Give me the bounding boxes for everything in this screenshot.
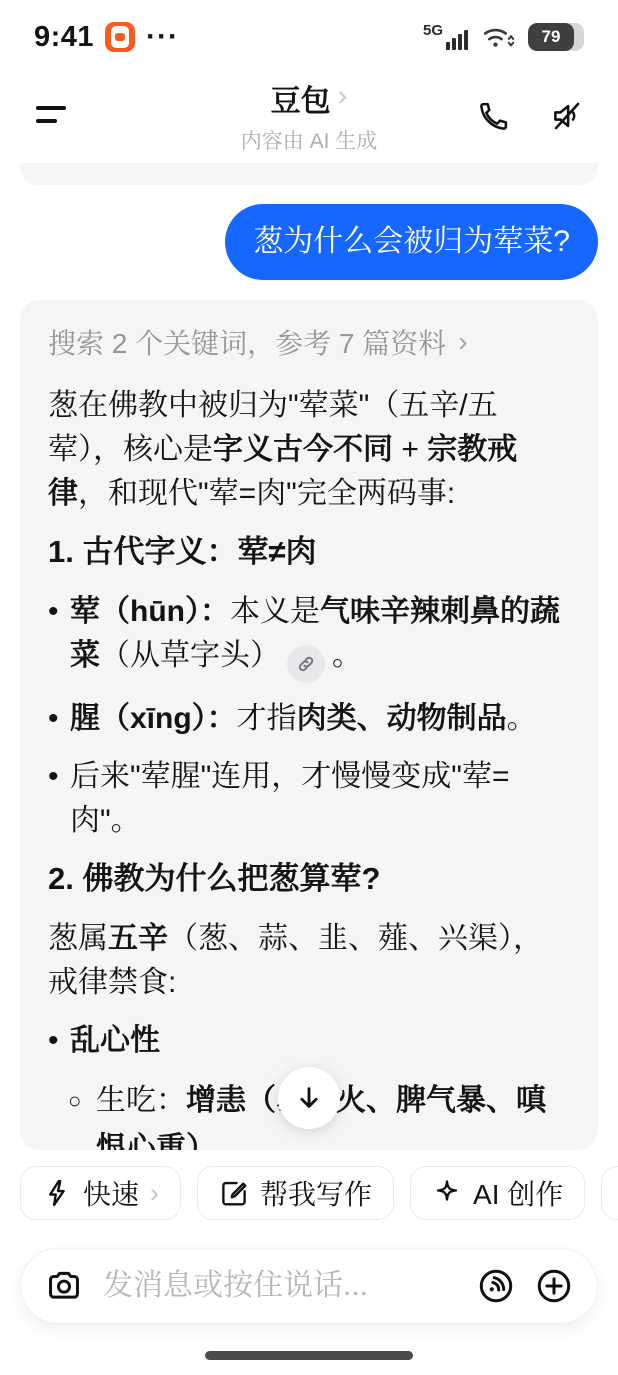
text-segment: 荤（hūn）： [70,595,230,628]
text-segment: 。 [332,639,362,672]
ai-message-blocks: 葱在佛教中被归为"荤菜"（五辛/五荤），核心是字义古今不同 + 宗教戒律，和现代… [48,384,570,1150]
chip-ai-create[interactable]: AI 创作 [410,1166,585,1220]
camera-button[interactable] [43,1265,85,1307]
text-content: 荤（hūn）：本义是气味辛辣刺鼻的蔬菜（从草字头）。 [70,590,570,683]
text-content: 乱心性 [70,1019,160,1063]
text-segment: 才指 [237,702,297,735]
list-item: •乱心性 [48,1019,570,1063]
text-segment: ，和现代"荤=肉"完全两码事: [78,477,455,510]
compose-icon [219,1178,249,1208]
ai-message-card: 搜索 2 个关键词，参考 7 篇资料 葱在佛教中被归为"荤菜"（五辛/五荤），核… [20,300,598,1150]
text-segment: 乱心性 [70,1024,160,1057]
status-left: 9:41 [34,20,179,54]
search-meta-text: 搜索 2 个关键词，参考 7 篇资料 [48,322,446,362]
text-segment: 2. 佛教为什么把葱算荤? [48,861,380,896]
previous-message-card [20,163,598,185]
text-segment: 字义古今不同 [213,433,393,466]
quick-actions-row: 快速 帮我写作 AI 创作 拍题答疑 [20,1166,618,1220]
camera-icon [45,1267,83,1305]
voice-call-button[interactable] [474,96,514,136]
bot-title-button[interactable]: 豆包 [271,76,348,120]
text-segment: 生吃： [96,1084,186,1117]
chevron-right-icon [338,80,348,113]
search-sources-row[interactable]: 搜索 2 个关键词，参考 7 篇资料 [48,322,570,362]
user-message-text: 葱为什么会被归为荤菜? [253,225,570,258]
text-content: 1. 古代字义：荤≠肉 [48,534,316,569]
add-button[interactable] [533,1265,575,1307]
menu-icon[interactable] [36,106,68,123]
battery-percent: 79 [542,27,561,47]
bullet-marker: • [48,590,70,683]
voice-wave-button[interactable] [475,1265,517,1307]
text-segment: 腥（xīng）： [70,702,237,735]
app-badge-dot [115,33,125,41]
mute-voice-icon[interactable] [546,96,586,136]
text-content: 后来"荤腥"连用，才慢慢变成"荤=肉"。 [70,755,570,843]
paragraph: 葱在佛教中被归为"荤菜"（五辛/五荤），核心是字义古今不同 + 宗教戒律，和现代… [48,384,570,516]
chip-label: 快速 [83,1173,139,1213]
chevron-right-icon [150,1178,159,1209]
header-actions [474,96,586,136]
network-type-label: 5G [423,24,443,38]
chevron-right-icon [458,326,467,358]
home-indicator[interactable] [205,1351,413,1360]
user-message-bubble[interactable]: 葱为什么会被归为荤菜? [225,204,598,280]
status-bar: 9:41 5G 79 [0,0,618,64]
bullet-marker: • [48,697,70,741]
list-item: •后来"荤腥"连用，才慢慢变成"荤=肉"。 [48,755,570,843]
text-segment: 五辛 [108,922,168,955]
status-right: 5G 79 [423,23,584,51]
text-segment: （从草字头） [100,639,280,672]
message-input-bar [20,1248,598,1324]
page-title: 豆包 [271,76,331,120]
active-app-badge-icon [105,22,135,52]
cellular-signal-icon: 5G [423,24,468,50]
chip-label: AI 创作 [473,1173,563,1213]
text-segment: 本义是 [230,595,320,628]
wifi-icon [481,23,515,51]
section-heading: 2. 佛教为什么把葱算荤? [48,857,570,901]
citation-link-icon[interactable] [287,645,325,683]
list-item: •荤（hūn）：本义是气味辛辣刺鼻的蔬菜（从草字头）。 [48,590,570,683]
signal-bars-icon [446,24,468,50]
plus-icon [535,1267,573,1305]
list-item: •腥（xīng）：才指肉类、动物制品。 [48,697,570,741]
text-content: 腥（xīng）：才指肉类、动物制品。 [70,697,537,741]
text-segment: 葱属 [48,922,108,955]
text-content: 葱属五辛（葱、蒜、韭、薤、兴渠），戒律禁食: [48,922,543,999]
ai-disclaimer: 内容由 AI 生成 [120,125,498,155]
sparkle-icon [432,1178,462,1208]
paragraph: 葱属五辛（葱、蒜、韭、薤、兴渠），戒律禁食: [48,917,570,1005]
chat-header: 豆包 内容由 AI 生成 [0,64,618,164]
battery-fill: 79 [528,23,574,51]
more-dots-icon [146,20,179,54]
text-content: 2. 佛教为什么把葱算荤? [48,861,380,896]
section-heading: 1. 古代字义：荤≠肉 [48,530,570,574]
header-center: 豆包 内容由 AI 生成 [120,76,498,155]
text-segment: 肉类、动物制品 [297,702,507,735]
bullet-marker: • [48,1019,70,1063]
text-segment: 后来"荤腥"连用，才慢慢变成"荤=肉"。 [70,760,509,837]
text-segment: 1. 古代字义：荤≠肉 [48,534,316,569]
chip-label: 帮我写作 [260,1173,372,1213]
chip-quick[interactable]: 快速 [20,1166,181,1220]
message-input[interactable] [101,1268,459,1304]
chip-photo-solve[interactable]: 拍题答疑 [601,1166,618,1220]
bullet-marker: ○ [68,1077,96,1150]
text-segment: 。 [507,702,537,735]
voice-wave-icon [477,1267,515,1305]
text-segment: + [393,433,427,466]
chip-help-write[interactable]: 帮我写作 [197,1166,394,1220]
scroll-to-bottom-button[interactable] [278,1067,340,1129]
text-content: 葱在佛教中被归为"荤菜"（五辛/五荤），核心是字义古今不同 + 宗教戒律，和现代… [48,389,517,510]
lightning-icon [42,1178,72,1208]
clock: 9:41 [34,21,94,54]
battery-icon: 79 [528,23,584,51]
bullet-marker: • [48,755,70,843]
